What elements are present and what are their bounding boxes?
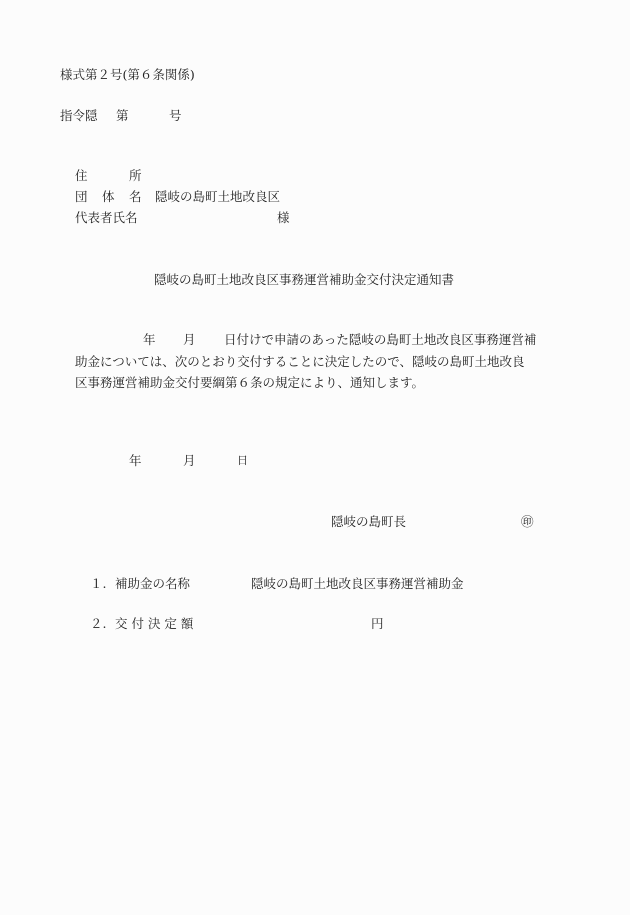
reference-prefix: 指令隠 bbox=[60, 108, 98, 124]
item-subsidy-name: １. 補助金の名称 隠岐の島町土地改良区事務運営補助金 bbox=[90, 576, 510, 592]
address-line: 住 所 bbox=[75, 168, 375, 184]
body-line-1: 年 月 日付けで申請のあった隠岐の島町土地改良区事務運営補 bbox=[75, 332, 595, 348]
issue-month: 月 bbox=[183, 453, 196, 469]
issuer-name: 隠岐の島町長 bbox=[331, 514, 406, 530]
address-label-a: 住 bbox=[75, 168, 88, 184]
item-label: 交 付 決 定 額 bbox=[115, 616, 193, 632]
group-label-a: 団 bbox=[75, 189, 88, 205]
body-year: 年 bbox=[143, 332, 156, 348]
item-number: １. bbox=[90, 576, 106, 592]
group-name-line: 団 体 名 隠岐の島町土地改良区 bbox=[75, 189, 375, 205]
group-name-value: 隠岐の島町土地改良区 bbox=[155, 189, 280, 205]
issue-date: 年 月 日 bbox=[129, 453, 329, 469]
address-label-b: 所 bbox=[129, 168, 142, 184]
form-number: 様式第２号(第６条関係) bbox=[60, 67, 195, 83]
honorific: 様 bbox=[277, 210, 290, 226]
item-decision-amount: ２. 交 付 決 定 額 円 bbox=[90, 616, 510, 632]
body-line-2: 助金については、次のとおり交付することに決定したので、隠岐の島町土地改良 bbox=[75, 354, 525, 370]
item-value: 隠岐の島町土地改良区事務運営補助金 bbox=[251, 576, 464, 592]
representative-line: 代表者氏名 様 bbox=[75, 210, 375, 226]
item-number: ２. bbox=[90, 616, 106, 632]
issuer: 隠岐の島町長 ㊞ bbox=[331, 514, 551, 530]
reference-dai: 第 bbox=[116, 108, 129, 124]
representative-label: 代表者氏名 bbox=[75, 210, 138, 226]
body-line-3: 区事務運営補助金交付要綱第６条の規定により、通知します。 bbox=[75, 375, 424, 391]
issue-day: 日 bbox=[237, 453, 248, 469]
item-label: 補助金の名称 bbox=[115, 576, 190, 592]
reference-number: 指令隠 第 号 bbox=[60, 108, 260, 124]
document-title: 隠岐の島町土地改良区事務運営補助金交付決定通知書 bbox=[154, 272, 454, 288]
body-line-1-rest: 日付けで申請のあった隠岐の島町土地改良区事務運営補 bbox=[224, 332, 536, 348]
issue-year: 年 bbox=[129, 453, 142, 469]
group-label-b: 体 bbox=[102, 189, 115, 205]
body-month: 月 bbox=[183, 332, 196, 348]
group-label-c: 名 bbox=[129, 189, 142, 205]
seal-icon: ㊞ bbox=[521, 514, 534, 530]
item-value: 円 bbox=[371, 616, 384, 632]
reference-go: 号 bbox=[169, 108, 182, 124]
